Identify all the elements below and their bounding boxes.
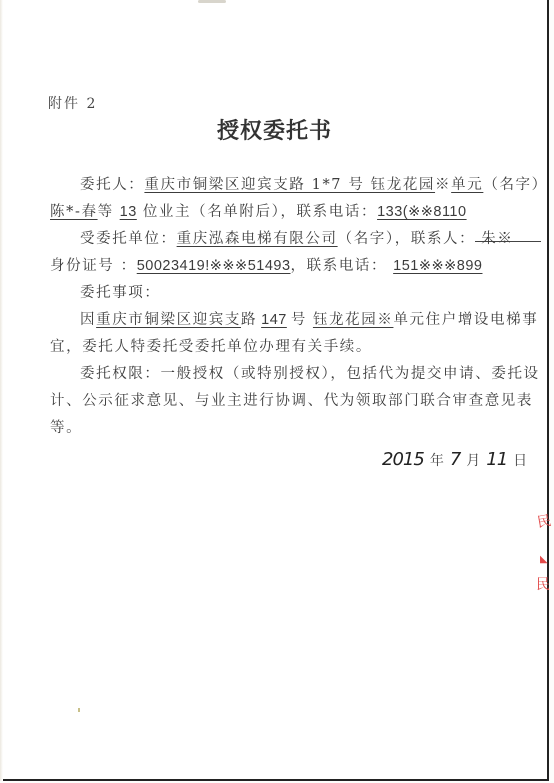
agent-line-2: 身份证号 ：50023419!※※※51493，联系电话：151※※※899 (50, 254, 482, 275)
agent-line-1: 受委托单位：重庆泓森电梯有限公司（名字），联系人：朱※ (80, 227, 541, 248)
principal-names: 陈*-春 (50, 204, 98, 220)
owner-count: 13 (114, 204, 143, 220)
document-title: 授权委托书 (0, 114, 549, 145)
matters-number: 147 (257, 312, 291, 328)
principal-phone: 133(※※8110 (377, 204, 467, 220)
authority-line-3: 等。 (50, 416, 82, 437)
agent-name-hint: （名字），联系人： (338, 231, 476, 247)
agent-contact: 朱※ (475, 227, 541, 242)
scan-smudge (198, 0, 226, 3)
authority-line-2: 计、公示征求意见、与业主进行协调、代为领取部门联合审查意见表 (50, 389, 533, 410)
agent-label: 受委托单位： (80, 231, 177, 247)
document-page: 附件 2 授权委托书 委托人：重庆市铜梁区迎宾支路 1*7 号 钰龙花园※单元（… (0, 0, 549, 781)
principal-label: 委托人： (80, 177, 144, 193)
id-label: 身份证号 ： (50, 258, 137, 274)
stamp-fragment-2: 民 (536, 574, 550, 594)
matters-rest: 单元住户增设电梯事 (393, 312, 538, 328)
matters-hao: 号 (291, 312, 307, 328)
matters-prefix: 因 (80, 312, 96, 328)
date-day-unit: 日 (513, 453, 527, 469)
date-month-unit: 月 (466, 453, 480, 469)
matters-road: 路 (241, 312, 257, 328)
agent-company: 重庆泓森电梯有限公司 (177, 231, 338, 247)
date-year: 2015 (382, 449, 424, 470)
date-day: 11 (486, 449, 507, 470)
matters-line-1: 因重庆市铜梁区迎宾支路147号钰龙花园※单元住户增设电梯事 (80, 308, 538, 329)
principal-line-2: 陈*-春等13位业主（名单附后），联系电话：133(※※8110 (50, 200, 467, 221)
name-hint: （名字） (483, 177, 547, 193)
principal-line-1: 委托人：重庆市铜梁区迎宾支路 1*7 号 钰龙花园※单元（名字） (80, 173, 548, 194)
etc-text: 等 (98, 204, 114, 220)
matters-label: 委托事项： (80, 281, 161, 302)
signature-date: 2015年7月11日 (382, 449, 533, 470)
date-year-unit: 年 (430, 453, 444, 469)
unit-mark: ※ (435, 177, 451, 193)
matters-address: 重庆市铜梁区迎宾支 (96, 312, 241, 328)
date-month: 7 (450, 449, 460, 470)
stamp-fragment-mark: ◣ (540, 554, 548, 565)
matters-garden: 钰龙花园※ (307, 312, 394, 328)
attachment-label: 附件 2 (48, 93, 97, 113)
agent-phone: 151※※※899 (387, 258, 482, 274)
scan-speck (78, 708, 80, 712)
agent-contact-text: 朱※ (481, 231, 513, 247)
owners-text: 位业主（名单附后），联系电话： (143, 204, 377, 220)
principal-address: 重庆市铜梁区迎宾支路 1*7 号 钰龙花园 (144, 177, 435, 193)
id-number: 50023419!※※※51493 (137, 258, 291, 274)
matters-line-2: 宜，委托人特委托受委托单位办理有关手续。 (50, 335, 372, 356)
stamp-fragment-1: 民 (535, 510, 552, 532)
agent-phone-label: ，联系电话： (291, 258, 388, 274)
authority-line-1: 委托权限：一般授权（或特别授权），包括代为提交申请、委托设 (80, 362, 540, 383)
unit-text: 单元 (451, 177, 483, 193)
